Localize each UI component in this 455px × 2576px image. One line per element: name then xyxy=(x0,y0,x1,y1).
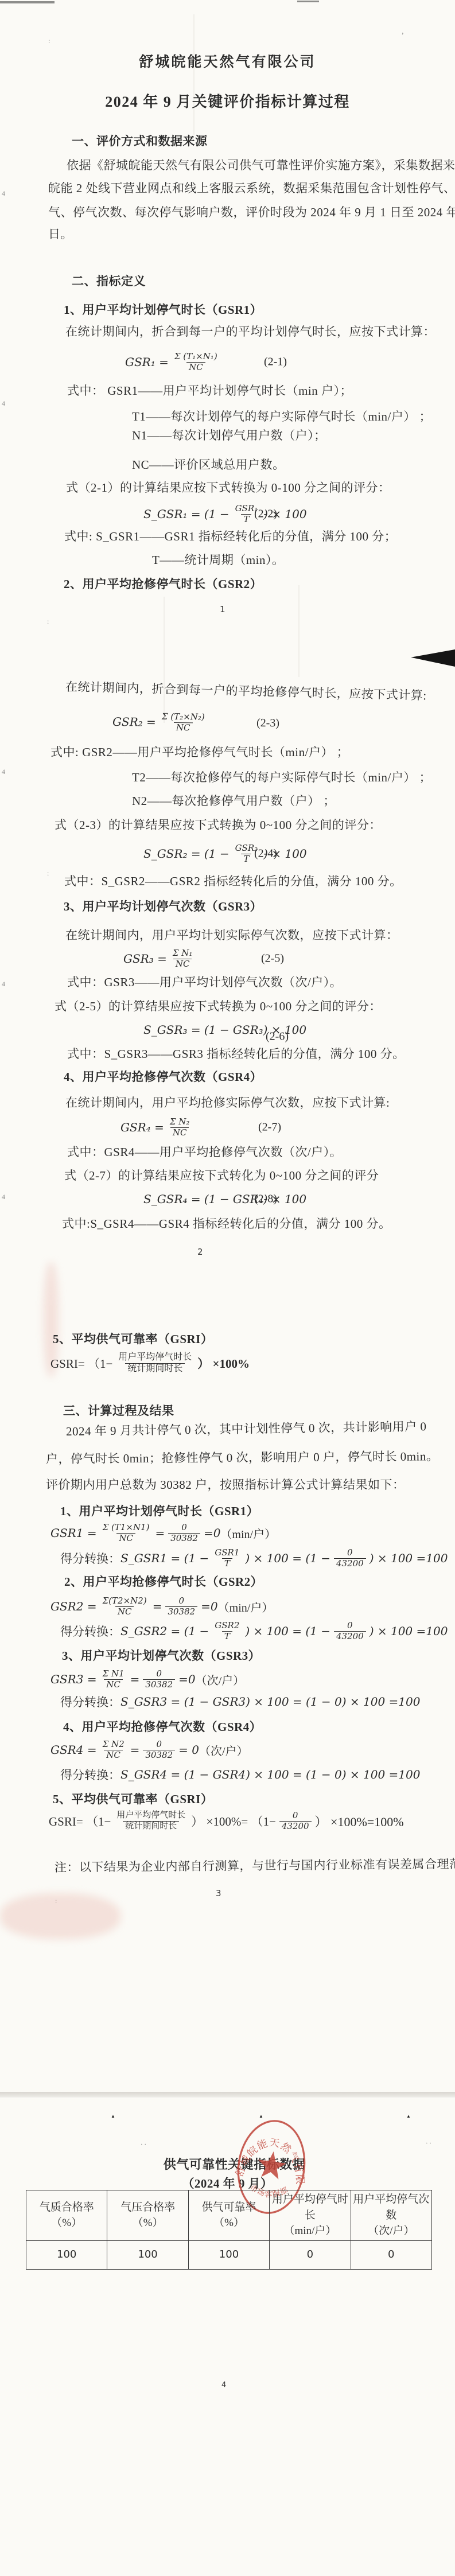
def2-intro: 在统计期间内，折合到每一户的平均抢修停气时长，应按下式计算: xyxy=(65,679,427,703)
def1-where: NC——评价区域总用户数。 xyxy=(132,457,285,473)
scan-artifact-wedge xyxy=(411,649,455,667)
def4-intro: 在统计期间内，用户平均抢修实际停气次数，应按下式计算: xyxy=(65,1095,390,1111)
kpi-value: 0 xyxy=(351,2240,431,2269)
kpi-column-header: 用户平均停气时长（min/户） xyxy=(270,2190,351,2241)
equation-tag: (2-7) xyxy=(258,1121,281,1134)
def1-where: T1——每次计划停气的每户实际停气时长（min/户） ； xyxy=(132,408,431,425)
formula-segment: ） ×100%= （1− xyxy=(191,1812,276,1830)
formula-gsr2-definition: GSR₂ = Σ (T₂×N₂)NC (2-3) xyxy=(0,707,455,738)
calc4-heading: 4、用户平均抢修停气次数（GSR4） xyxy=(63,1719,262,1735)
formula-segment: S_GSR1 = (1 − xyxy=(120,1551,209,1565)
formula-lhs: GSR₂ = xyxy=(112,715,156,729)
def2-where: N2——每次抢修停气用户数（户） ； xyxy=(132,793,336,809)
margin-mark: 4 xyxy=(2,980,5,989)
ink-speck: · · xyxy=(426,2140,431,2147)
score-label: 得分转换： xyxy=(60,1693,120,1710)
def3-where: 式中：GSR3——用户平均计划停气次数（次/户）。 xyxy=(67,974,342,990)
fraction: 043200 xyxy=(334,1621,366,1641)
fraction: Σ N₁NC xyxy=(170,948,195,969)
calc2-heading: 2、用户平均抢修停气时长（GSR2） xyxy=(64,1574,263,1590)
formula-segment: GSRI= （1− xyxy=(50,1355,112,1372)
kpi-table-header-row: 气质合格率（%） 气压合格率（%） 供气可靠率（%） 用户平均停气时长（min/… xyxy=(26,2190,432,2241)
section-1-line: 依据《舒城皖能天然气有限公司供气可靠性评价实施方案》，采集数据来自舒城 xyxy=(67,157,455,173)
def4-conversion: 式（2-7）的计算结果应按下式转化为 0~100 分之间的评分 xyxy=(64,1168,379,1184)
formula-lhs: GSR1 = xyxy=(50,1526,97,1540)
formula-gsr3-definition: GSR₃ = Σ N₁NC (2-5) xyxy=(0,945,455,972)
def4-where: 式中：GSR4——用户平均抢修停气次数（次/户）。 xyxy=(67,1144,342,1160)
def3-score-note: 式中：S_GSR3——GSR3 指标经转化后的分值，满分 100 分。 xyxy=(67,1046,405,1062)
def4-heading: 4、用户平均抢修停气次数（GSR4） xyxy=(64,1069,262,1085)
ink-speck: · · xyxy=(141,2141,146,2148)
kpi-value: 100 xyxy=(26,2240,107,2269)
formula-sgsr3-definition: S_GSR₃ = (1 − GSR₃) × 100 (2-6) xyxy=(0,1022,455,1038)
def3-intro: 在统计期间内，用户平均计划实际停气次数，应按下式计算： xyxy=(65,927,399,943)
def2-score-note: 式中：S_GSR2——GSR2 指标经转化后的分值，满分 100 分。 xyxy=(64,873,402,889)
formula-lhs: GSR4 = xyxy=(50,1743,97,1757)
formula-lhs: GSR₄ = xyxy=(120,1120,164,1134)
formula-sgsr2-definition: S_GSR₂ = (1 − GSR₂T ) × 100 (2-4) xyxy=(0,840,455,867)
def4-score-note: 式中:S_GSR4——GSR4 指标经转化后的分值，满分 100 分。 xyxy=(62,1216,391,1232)
formula-segment: ) × 100 = (1 − xyxy=(245,1551,330,1565)
formula-lhs: GSR₁ = xyxy=(125,355,169,369)
fraction: 043200 xyxy=(334,1548,366,1569)
score-label: 得分转换： xyxy=(60,1550,120,1567)
def1-where: 式中： GSR1——用户平均计划停气时长（min 户）； xyxy=(67,383,352,399)
formula-result: = 0 xyxy=(178,1743,199,1757)
equation-tag: (2-5) xyxy=(261,952,284,966)
section-2-heading: 二、指标定义 xyxy=(72,273,146,289)
equation-tag: (2-1) xyxy=(264,356,287,369)
section-1-heading: 一、评价方式和数据来源 xyxy=(72,133,208,149)
formula-segment: GSRI= （1− xyxy=(49,1812,111,1830)
fraction: 用户平均停气时长统计期间时长 xyxy=(114,1811,188,1831)
page-number-4: 4 xyxy=(221,2381,226,2390)
formula-segment: = xyxy=(153,1600,162,1613)
formula-gsr4-calculation: GSR4 = Σ N2NC = 030382 = 0 （次/户） xyxy=(0,1737,455,1763)
paper-crease xyxy=(298,585,300,677)
formula-segment: S_GSR₄ = (1 − GSR₄) × 100 xyxy=(143,1192,306,1206)
fraction: 030382 xyxy=(143,1669,175,1690)
equation-tag: (2-8) xyxy=(254,1193,277,1206)
fraction: Σ (T₂×N₂)NC xyxy=(160,712,207,733)
calc5-heading: 5、平均供气可靠率（GSRI） xyxy=(53,1791,213,1807)
document-title: 2024 年 9 月关键评价指标计算过程 xyxy=(0,94,455,110)
score-label: 得分转换： xyxy=(60,1766,120,1783)
formula-segment: ) × 100 = (1 − xyxy=(245,1624,330,1638)
formula-sgsr1-definition: S_GSR₁ = (1 − GSR₁T ) × 100 (2-2) xyxy=(0,501,455,527)
paper-crease xyxy=(164,597,165,723)
fraction: GSR2T xyxy=(212,1621,242,1641)
kpi-column-header: 供气可靠率（%） xyxy=(188,2190,269,2241)
formula-sgsr4-calculation: 得分转换： S_GSR4 = (1 − GSR4) × 100 = (1 − 0… xyxy=(0,1766,455,1783)
section-3-line: 2024 年 9 月共计停气 0 次，其中计划性停气 0 次，共计影响用户 0 xyxy=(66,1418,427,1439)
score-label: 得分转换： xyxy=(60,1622,120,1640)
formula-segment: S_GSR₂ = (1 − xyxy=(143,847,230,861)
def2-where: T2——每次抢修停气的每户实际停气时长（min/户） ； xyxy=(132,769,431,785)
scanned-document: ， : 4 4 : 4 4 4 : : 舒城皖能天然气有限公司 2024 年 9… xyxy=(0,0,455,2576)
stamp-ring-text: 舒城皖能天然气有限公司 xyxy=(228,2112,316,2187)
def3-heading: 3、用户平均计划停气次数（GSR3） xyxy=(64,898,262,915)
kpi-table-value-row: 100 100 100 0 0 xyxy=(26,2240,432,2269)
fraction: 030382 xyxy=(143,1740,175,1760)
page-number-2: 2 xyxy=(197,1247,203,1257)
margin-mark: 4 xyxy=(2,189,5,198)
calc1-heading: 1、用户平均计划停气时长（GSR1） xyxy=(60,1503,259,1519)
def3-conversion: 式（2-5）的计算结果应按下式转换为 0~100 分之间的评分： xyxy=(55,998,382,1014)
company-name: 舒城皖能天然气有限公司 xyxy=(0,55,455,71)
formula-segment: ) × 100 =100 xyxy=(370,1624,448,1638)
page-number-3: 3 xyxy=(216,1888,221,1898)
formula-lhs: GSR3 = xyxy=(50,1672,97,1686)
formula-segment: S_GSR3 = (1 − GSR3) × 100 = (1 − 0) × 10… xyxy=(120,1695,420,1709)
fraction: Σ N2NC xyxy=(100,1740,127,1760)
equation-tag: (2-3) xyxy=(256,717,279,730)
def1-score-note: 式中: S_GSR1——GSR1 指标经转化后的分值，满分 100 分； xyxy=(64,528,396,544)
pink-smudge xyxy=(0,1893,120,1939)
kpi-column-header: 用户平均停气次数（次/户） xyxy=(351,2190,431,2241)
formula-gsri-definition: GSRI= （1− 用户平均停气时长统计期间时长 ） ×100% xyxy=(0,1350,455,1376)
fraction: GSR1T xyxy=(212,1548,242,1569)
def2-where: 式中: GSR2——用户平均抢修停气气时长（min/户） ； xyxy=(50,744,349,760)
def1-conversion: 式（2-1）的计算结果应按下式转换为 0-100 分之间的评分： xyxy=(66,480,390,496)
formula-gsr2-calculation: GSR2 = Σ(T2×N2)NC = 030382 =0 （min/户） xyxy=(0,1593,455,1620)
formula-segment: S_GSR4 = (1 − GSR4) × 100 = (1 − 0) × 10… xyxy=(120,1768,420,1781)
paper-crease xyxy=(193,14,195,135)
fraction: 043200 xyxy=(279,1811,312,1831)
section-1-line: 日。 xyxy=(48,226,73,242)
section-3-line: 户，停气时长 0min；抢修性停气 0 次，影响用户 0 户，停气时长 0min… xyxy=(46,1448,439,1467)
page-number-1: 1 xyxy=(220,604,225,614)
formula-gsr3-calculation: GSR3 = Σ N1NC = 030382 =0 （次/户） xyxy=(0,1666,455,1692)
staple-mark: ▲ xyxy=(406,2114,411,2119)
ink-speck: : xyxy=(48,37,50,45)
ink-speck: : xyxy=(47,617,49,626)
formula-segment: = xyxy=(130,1743,140,1757)
kpi-table: 气质合格率（%） 气压合格率（%） 供气可靠率（%） 用户平均停气时长（min/… xyxy=(26,2190,432,2270)
formula-sgsr4-definition: S_GSR₄ = (1 − GSR₄) × 100 (2-8) xyxy=(0,1191,455,1207)
kpi-value: 0 xyxy=(270,2240,351,2269)
scan-streak xyxy=(297,1,319,2)
formula-result: =0 xyxy=(178,1672,195,1686)
report-title: 供气可靠性关键指标数据 xyxy=(7,2157,455,2173)
formula-gsr1-definition: GSR₁ = Σ (T₁×N₁)NC (2-1) xyxy=(0,349,455,375)
formula-gsri-calculation: GSRI= （1− 用户平均停气时长统计期间时长 ） ×100%= （1− 04… xyxy=(0,1808,455,1834)
ink-speck: : xyxy=(47,869,49,878)
formula-sgsr2-calculation: 得分转换： S_GSR2 = (1 − GSR2T ) × 100 = (1 −… xyxy=(0,1618,455,1644)
page-break-shadow xyxy=(0,2092,455,2098)
star-icon xyxy=(256,2150,287,2180)
formula-sgsr1-calculation: 得分转换： S_GSR1 = (1 − GSR1T ) × 100 = (1 −… xyxy=(0,1545,455,1571)
note-line: 注：以下结果为企业内部自行测算，与世行与国内行业标准有误差属合理范围。 xyxy=(55,1855,455,1875)
formula-gsr4-definition: GSR₄ = Σ N₂NC (2-7) xyxy=(0,1114,455,1141)
fraction: Σ(T2×N2)NC xyxy=(100,1596,149,1617)
formula-unit: （次/户） xyxy=(196,1671,245,1688)
formula-unit: （min/户） xyxy=(218,1598,274,1615)
equation-tag: (2-4) xyxy=(254,847,277,861)
formula-unit: （次/户） xyxy=(199,1742,248,1758)
section-3-line: 评价期内用户总数为 30382 户，按照指标计算公式计算结果如下： xyxy=(46,1477,405,1493)
formula-lhs: GSR2 = xyxy=(50,1600,97,1613)
fraction: Σ N₂NC xyxy=(168,1117,192,1138)
formula-unit: （min/户） xyxy=(220,1525,276,1542)
formula-segment: ） ×100%=100% xyxy=(315,1812,404,1830)
section-1-line: 皖能 2 处线下营业网点和线上客服云系统，数据采集范围包含计划性停气、抢修性停 xyxy=(48,180,455,196)
formula-segment: S_GSR₁ = (1 − xyxy=(143,507,230,521)
fraction: 030382 xyxy=(165,1596,197,1617)
kpi-column-header: 气质合格率（%） xyxy=(26,2190,107,2241)
calc3-heading: 3、用户平均计划停气次数（GSR3） xyxy=(62,1648,260,1664)
formula-lhs: GSR₃ = xyxy=(123,952,167,966)
formula-gsr1-calculation: GSR1 = Σ (T1×N1)NC = 030382 =0 （min/户） xyxy=(0,1520,455,1546)
kpi-value: 100 xyxy=(188,2240,269,2269)
section-3-heading: 三、计算过程及结果 xyxy=(63,1403,174,1419)
def2-conversion: 式（2-3）的计算结果应按下式转换为 0~100 分之间的评分： xyxy=(55,817,382,833)
fraction: Σ N1NC xyxy=(100,1669,127,1690)
def1-t-note: T——统计周期（min）。 xyxy=(152,552,285,568)
equation-tag: (2-6) xyxy=(266,1030,289,1044)
formula-segment: S_GSR2 = (1 − xyxy=(120,1624,209,1638)
fraction: 用户平均停气时长统计期间时长 xyxy=(116,1352,194,1374)
report-subtitle: （2024 年 9 月） xyxy=(0,2176,455,2192)
def2-heading: 2、用户平均抢修停气时长（GSR2） xyxy=(64,576,262,592)
kpi-column-header: 气压合格率（%） xyxy=(107,2190,188,2241)
formula-segment: = xyxy=(130,1672,140,1686)
equation-tag: (2-2) xyxy=(254,508,277,521)
fraction: Σ (T₁×N₁)NC xyxy=(172,352,220,372)
kpi-value: 100 xyxy=(107,2240,188,2269)
formula-segment: ) × 100 =100 xyxy=(370,1551,448,1565)
fraction: 030382 xyxy=(168,1523,200,1543)
scan-streak xyxy=(0,1,55,3)
formula-sgsr3-calculation: 得分转换： S_GSR3 = (1 − GSR3) × 100 = (1 − 0… xyxy=(0,1694,455,1710)
def1-intro: 在统计期间内，折合到每一户的平均计划停气时长，应按下式计算： xyxy=(65,324,435,340)
fraction: Σ (T1×N1)NC xyxy=(100,1523,152,1543)
margin-mark: 4 xyxy=(2,768,5,776)
margin-mark: 4 xyxy=(2,399,5,408)
formula-result: =0 xyxy=(204,1526,220,1540)
formula-result: =0 xyxy=(201,1600,217,1613)
section-1-line: 气、停气次数、每次停气影响户数，评价时段为 2024 年 9 月 1 日至 20… xyxy=(48,204,455,220)
staple-mark: ▲ xyxy=(111,2114,115,2119)
formula-segment: ） ×100% xyxy=(197,1355,250,1372)
def1-where: N1——每次计划停气用户数（户）； xyxy=(132,427,326,443)
def1-heading: 1、用户平均计划停气时长（GSR1） xyxy=(64,302,262,318)
def5-heading: 5、平均供气可靠率（GSRI） xyxy=(53,1331,213,1347)
formula-segment: = xyxy=(155,1526,165,1540)
ink-speck: ， xyxy=(402,26,408,36)
